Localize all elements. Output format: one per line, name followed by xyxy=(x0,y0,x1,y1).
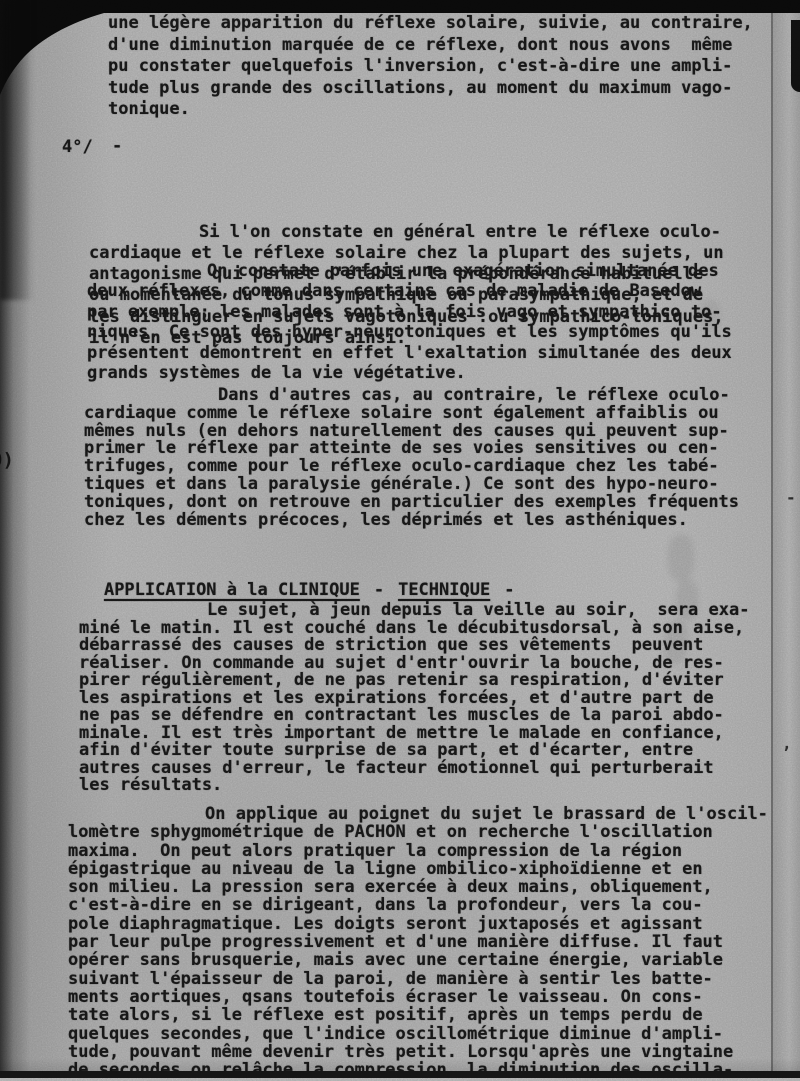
paragraph-examen-sujet: Le sujet, à jeun depuis la veille au soi… xyxy=(79,602,749,795)
heading-technique: TECHNIQUE xyxy=(398,580,490,600)
paragraph-hypo-neurotoniques: Dans d'autres cas, au contraire, le réfl… xyxy=(84,387,739,529)
heading-dash-2: - xyxy=(504,580,514,600)
scan-edge-left xyxy=(0,0,30,1081)
list-marker-4: 4°/ xyxy=(62,137,93,158)
page-edge-line-right xyxy=(771,13,773,1073)
scanned-document-page: une légère apparition du réflexe solaire… xyxy=(0,0,800,1081)
paragraph-basedow: On constate parfois une exagération simu… xyxy=(87,261,732,383)
scan-edge-bottom xyxy=(0,1071,800,1078)
heading-dash-1: - xyxy=(374,580,384,600)
bleed-through-smudge xyxy=(668,535,694,581)
heading-application-clinique: APPLICATION à la CLINIQUE xyxy=(104,580,360,600)
bleed-through-smudge xyxy=(676,580,698,620)
bleed-through-smudge xyxy=(700,300,720,330)
page-edge-strip-right xyxy=(773,13,800,1073)
scan-shadow-bottom xyxy=(0,1058,800,1071)
list-marker-dash: - xyxy=(112,136,122,157)
paragraph-technique-pachon: On applique au poignet du sujet le brass… xyxy=(68,805,768,1079)
scan-corner-top-right xyxy=(791,20,800,92)
